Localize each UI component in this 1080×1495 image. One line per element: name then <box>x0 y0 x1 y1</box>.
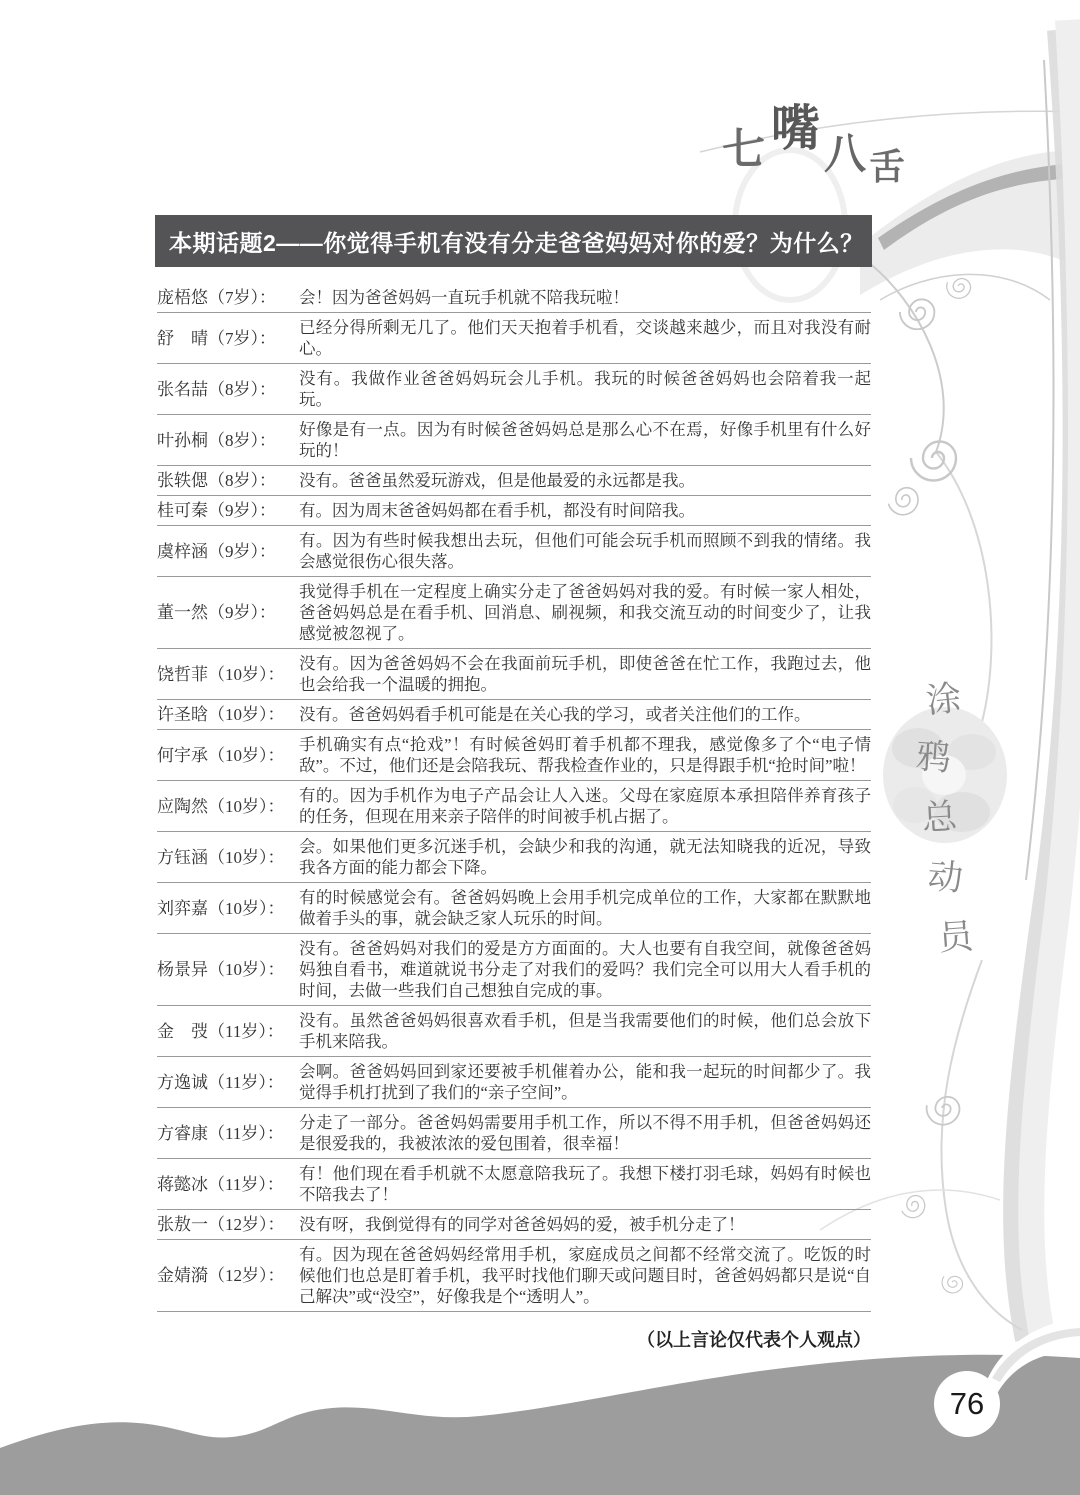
respondent-name: 张轶偲（8岁）： <box>157 470 299 491</box>
table-row: 金 弢（11岁）： 没有。虽然爸爸妈妈很喜欢看手机，但是当我需要他们的时候，他们… <box>157 1006 871 1057</box>
table-row: 舒 晴（7岁）： 已经分得所剩无几了。他们天天抱着手机看，交谈越来越少，而且对我… <box>157 313 871 364</box>
table-row: 蒋懿冰（11岁）： 有！他们现在看手机就不太愿意陪我玩了。我想下楼打羽毛球，妈妈… <box>157 1159 871 1210</box>
table-row: 桂可秦（9岁）： 有。因为周末爸爸妈妈都在看手机，都没有时间陪我。 <box>157 496 871 526</box>
table-row: 张敖一（12岁）： 没有呀，我倒觉得有的同学对爸爸妈妈的爱，被手机分走了！ <box>157 1210 871 1240</box>
respondent-quote: 没有。爸爸妈妈对我们的爱是方方面面的。大人也要有自我空间，就像爸爸妈妈独自看书，… <box>299 938 871 1001</box>
table-row: 虞梓涵（9岁）： 有。因为有些时候我想出去玩，但他们可能会玩手机而照顾不到我的情… <box>157 526 871 577</box>
respondent-quote: 没有。虽然爸爸妈妈很喜欢看手机，但是当我需要他们的时候，他们总会放下手机来陪我。 <box>299 1010 871 1052</box>
table-row: 张名喆（8岁）： 没有。我做作业爸爸妈妈玩会儿手机。我玩的时候爸爸妈妈也会陪着我… <box>157 364 871 415</box>
respondent-name: 饶哲菲（10岁）： <box>157 664 299 685</box>
table-row: 应陶然（10岁）： 有的。因为手机作为电子产品会让人入迷。父母在家庭原本承担陪伴… <box>157 781 871 832</box>
table-row: 许圣晗（10岁）： 没有。爸爸妈妈看手机可能是在关心我的学习，或者关注他们的工作… <box>157 700 871 730</box>
magazine-page: 七 嘴 八 舌 本期话题2——你觉得手机有没有分走爸爸妈妈对你的爱？为什么？ 庞… <box>0 0 1080 1495</box>
respondent-quote: 有。因为周末爸爸妈妈都在看手机，都没有时间陪我。 <box>299 500 871 521</box>
respondent-quote: 有。因为现在爸爸妈妈经常用手机，家庭成员之间都不经常交流了。吃饭的时候他们也总是… <box>299 1244 871 1307</box>
table-row: 金婧漪（12岁）： 有。因为现在爸爸妈妈经常用手机，家庭成员之间都不经常交流了。… <box>157 1240 871 1312</box>
respondent-quote: 会！因为爸爸妈妈一直玩手机就不陪我玩啦！ <box>299 287 871 308</box>
respondent-name: 庞梧悠（7岁）： <box>157 287 299 308</box>
masthead-char: 舌 <box>869 139 905 190</box>
respondent-quote: 没有。爸爸妈妈看手机可能是在关心我的学习，或者关注他们的工作。 <box>299 704 871 725</box>
table-row: 董一然（9岁）： 我觉得手机在一定程度上确实分走了爸爸妈妈对我的爱。有时候一家人… <box>157 577 871 649</box>
respondent-name: 许圣晗（10岁）： <box>157 704 299 725</box>
respondent-quote: 没有。爸爸虽然爱玩游戏，但是他最爱的永远都是我。 <box>299 470 871 491</box>
page-number: 76 <box>934 1371 1000 1437</box>
respondent-quote: 会。如果他们更多沉迷手机，会缺少和我的沟通，就无法知晓我的近况，导致我各方面的能… <box>299 836 871 878</box>
side-label-char: 员 <box>936 909 974 961</box>
table-row: 庞梧悠（7岁）： 会！因为爸爸妈妈一直玩手机就不陪我玩啦！ <box>157 283 871 313</box>
table-row: 方钰涵（10岁）： 会。如果他们更多沉迷手机，会缺少和我的沟通，就无法知晓我的近… <box>157 832 871 883</box>
respondent-quote: 没有。因为爸爸妈妈不会在我面前玩手机，即使爸爸在忙工作，我跑过去，他也会给我一个… <box>299 653 871 695</box>
respondent-quote: 有的。因为手机作为电子产品会让人入迷。父母在家庭原本承担陪伴养育孩子的任务，但现… <box>299 785 871 827</box>
respondent-quote: 有。因为有些时候我想出去玩，但他们可能会玩手机而照顾不到我的情绪。我会感觉很伤心… <box>299 530 871 572</box>
respondent-name: 董一然（9岁）： <box>157 602 299 623</box>
responses-list: 庞梧悠（7岁）： 会！因为爸爸妈妈一直玩手机就不陪我玩啦！ 舒 晴（7岁）： 已… <box>157 283 871 1312</box>
masthead-char: 八 <box>824 121 866 181</box>
table-row: 叶孙桐（8岁）： 好像是有一点。因为有时候爸爸妈妈总是那么心不在焉，好像手机里有… <box>157 415 871 466</box>
respondent-name: 应陶然（10岁）： <box>157 796 299 817</box>
respondent-quote: 我觉得手机在一定程度上确实分走了爸爸妈妈对我的爱。有时候一家人相处，爸爸妈妈总是… <box>299 581 871 644</box>
respondent-name: 方睿康（11岁）： <box>157 1123 299 1144</box>
responses-table: 庞梧悠（7岁）： 会！因为爸爸妈妈一直玩手机就不陪我玩啦！ 舒 晴（7岁）： 已… <box>157 283 871 1352</box>
table-row: 方睿康（11岁）： 分走了一部分。爸爸妈妈需要用手机工作，所以不得不用手机，但爸… <box>157 1108 871 1159</box>
respondent-quote: 已经分得所剩无几了。他们天天抱着手机看，交谈越来越少，而且对我没有耐心。 <box>299 317 871 359</box>
respondent-quote: 没有呀，我倒觉得有的同学对爸爸妈妈的爱，被手机分走了！ <box>299 1214 871 1235</box>
table-row: 杨景异（10岁）： 没有。爸爸妈妈对我们的爱是方方面面的。大人也要有自我空间，就… <box>157 934 871 1006</box>
respondent-name: 舒 晴（7岁）： <box>157 328 299 349</box>
respondent-quote: 分走了一部分。爸爸妈妈需要用手机工作，所以不得不用手机，但爸爸妈妈还是很爱我的，… <box>299 1112 871 1154</box>
topic-header-bar: 本期话题2——你觉得手机有没有分走爸爸妈妈对你的爱？为什么？ <box>155 215 872 267</box>
table-row: 张轶偲（8岁）： 没有。爸爸虽然爱玩游戏，但是他最爱的永远都是我。 <box>157 466 871 496</box>
masthead-char: 七 <box>722 116 765 177</box>
respondent-name: 方钰涵（10岁）： <box>157 847 299 868</box>
respondent-quote: 手机确实有点“抢戏”！有时候爸妈盯着手机都不理我，感觉像多了个“电子情敌”。不过… <box>299 734 871 776</box>
respondent-name: 刘弈嘉（10岁）： <box>157 898 299 919</box>
respondent-quote: 有！他们现在看手机就不太愿意陪我玩了。我想下楼打羽毛球，妈妈有时候也不陪我去了！ <box>299 1163 871 1205</box>
respondent-name: 金 弢（11岁）： <box>157 1021 299 1042</box>
side-label-char: 总 <box>921 789 959 841</box>
table-row: 饶哲菲（10岁）： 没有。因为爸爸妈妈不会在我面前玩手机，即使爸爸在忙工作，我跑… <box>157 649 871 700</box>
table-row: 方逸诚（11岁）： 会啊。爸爸妈妈回到家还要被手机催着办公，能和我一起玩的时间都… <box>157 1057 871 1108</box>
respondent-name: 何宇承（10岁）： <box>157 745 299 766</box>
respondent-name: 叶孙桐（8岁）： <box>157 430 299 451</box>
respondent-name: 金婧漪（12岁）： <box>157 1265 299 1286</box>
respondent-name: 张敖一（12岁）： <box>157 1214 299 1235</box>
respondent-name: 杨景异（10岁）： <box>157 959 299 980</box>
table-row: 何宇承（10岁）： 手机确实有点“抢戏”！有时候爸妈盯着手机都不理我，感觉像多了… <box>157 730 871 781</box>
respondent-name: 方逸诚（11岁）： <box>157 1072 299 1093</box>
respondent-name: 桂可秦（9岁）： <box>157 500 299 521</box>
respondent-name: 蒋懿冰（11岁）： <box>157 1174 299 1195</box>
respondent-name: 张名喆（8岁）： <box>157 379 299 400</box>
bottom-wave-decoration <box>0 1355 1080 1495</box>
table-row: 刘弈嘉（10岁）： 有的时候感觉会有。爸爸妈妈晚上会用手机完成单位的工作，大家都… <box>157 883 871 934</box>
respondent-quote: 没有。我做作业爸爸妈妈玩会儿手机。我玩的时候爸爸妈妈也会陪着我一起玩。 <box>299 368 871 410</box>
respondent-name: 虞梓涵（9岁）： <box>157 541 299 562</box>
side-label-char: 鸦 <box>914 729 952 781</box>
masthead-char: 嘴 <box>771 90 820 160</box>
respondent-quote: 有的时候感觉会有。爸爸妈妈晚上会用手机完成单位的工作，大家都在默默地做着手头的事… <box>299 887 871 929</box>
respondent-quote: 会啊。爸爸妈妈回到家还要被手机催着办公，能和我一起玩的时间都少了。我觉得手机打扰… <box>299 1061 871 1103</box>
side-label-char: 涂 <box>923 670 963 723</box>
disclaimer-note: （以上言论仅代表个人观点） <box>157 1326 871 1352</box>
topic-title: 本期话题2——你觉得手机有没有分走爸爸妈妈对你的爱？为什么？ <box>169 225 864 258</box>
respondent-quote: 好像是有一点。因为有时候爸爸妈妈总是那么心不在焉，好像手机里有什么好玩的！ <box>299 419 871 461</box>
side-label-char: 动 <box>926 849 965 902</box>
